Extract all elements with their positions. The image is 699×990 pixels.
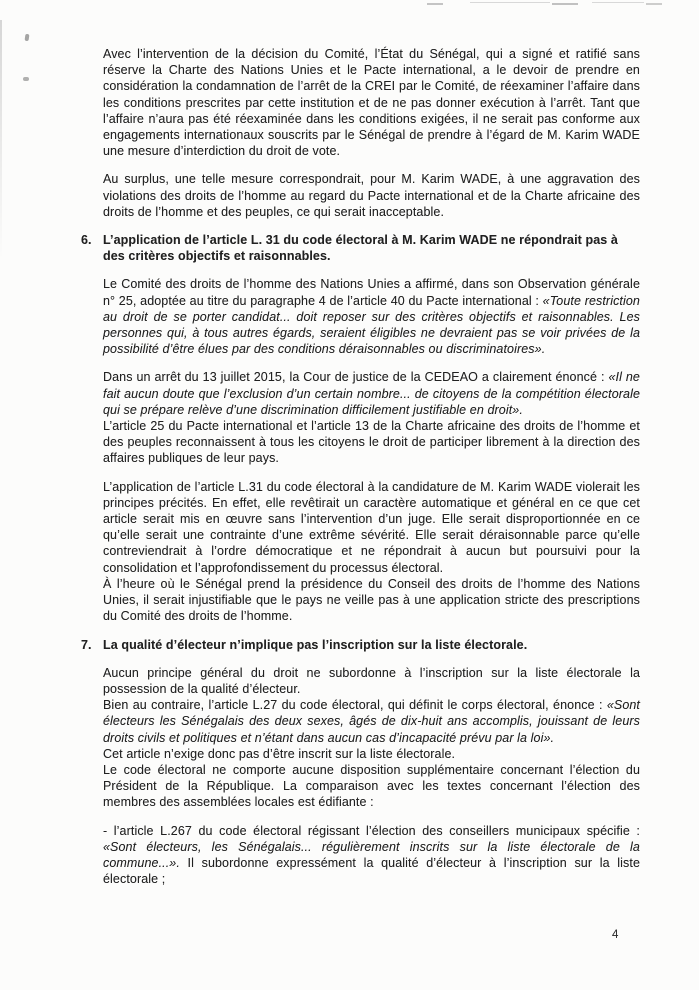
scan-mark-edge-line [0,20,2,260]
body-text: L’application de l’article L. 31 du code… [103,233,618,263]
scan-mark-top-dash [646,3,662,5]
paragraph: Le Comité des droits de l’homme des Nati… [103,276,640,357]
paragraph: Au surplus, une telle mesure correspondr… [103,171,640,220]
scan-mark-speck [23,77,29,81]
paragraph: Avec l’intervention de la décision du Co… [103,46,640,159]
scan-mark-top-dash [552,3,578,5]
body-text: L’application de l’article L.31 du code … [103,480,640,575]
body-text: L’article 25 du Pacte international et l… [103,419,640,465]
scan-mark-top-dash [592,2,644,3]
body-text: Aucun principe général du droit ne subor… [103,666,640,696]
paragraph: - l’article L.267 du code électoral régi… [103,823,640,888]
paragraph: Aucun principe général du droit ne subor… [103,665,640,811]
body-text: À l’heure où le Sénégal prend la préside… [103,577,640,623]
scan-mark-speck [25,34,30,41]
section-number: 7. [81,637,92,653]
body-text: Au surplus, une telle mesure correspondr… [103,172,640,218]
paragraph: Dans un arrêt du 13 juillet 2015, la Cou… [103,369,640,466]
body-text: Bien au contraire, l’article L.27 du cod… [103,698,607,712]
body-text: Il subordonne expressément la qualité d’… [103,856,640,886]
body-text: - l’article L.267 du code électoral régi… [103,824,640,838]
scan-mark-top-dash [427,3,443,5]
scan-mark-top-dash [470,2,550,3]
body-text: La qualité d’électeur n’implique pas l’i… [103,638,527,652]
page-number: 4 [612,929,618,941]
section-heading: 7.La qualité d’électeur n’implique pas l… [103,637,640,653]
section-heading: 6.L’application de l’article L. 31 du co… [103,232,640,264]
body-text: Cet article n’exige donc pas d’être insc… [103,747,455,761]
paragraph: L’application de l’article L.31 du code … [103,479,640,625]
body-text: Dans un arrêt du 13 juillet 2015, la Cou… [103,370,608,384]
body-text: Avec l’intervention de la décision du Co… [103,47,640,158]
body-text: Le code électoral ne comporte aucune dis… [103,763,640,809]
document-body: Avec l’intervention de la décision du Co… [103,46,640,899]
section-number: 6. [81,232,92,248]
